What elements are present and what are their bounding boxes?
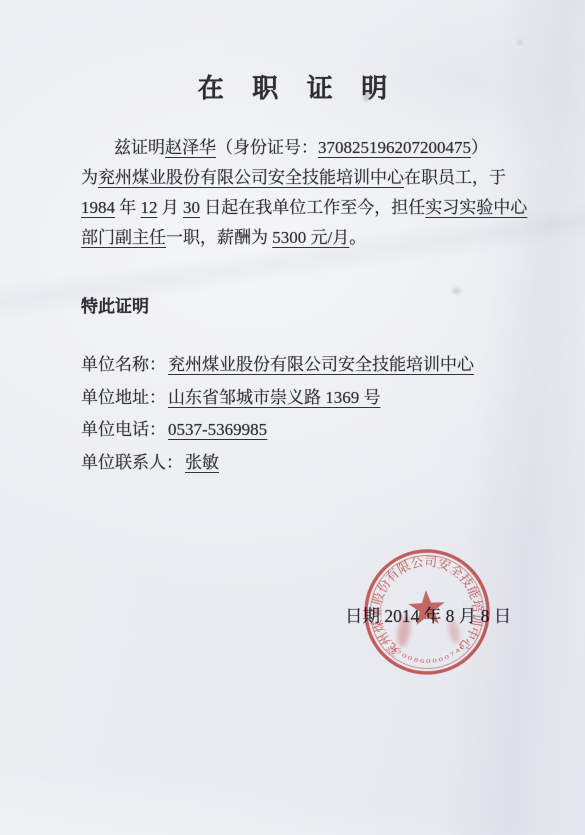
id-number: 370825196207200475 xyxy=(318,138,471,157)
start-day: 30 xyxy=(183,198,200,217)
certify-prefix: 兹证明 xyxy=(114,138,165,157)
unit-phone-value: 0537-5369985 xyxy=(168,420,267,439)
company-name: 兖州煤业股份有限公司安全技能培训中心 xyxy=(98,168,404,187)
unit-contact-label: 单位联系人： xyxy=(81,453,183,472)
issue-date: 日期 2014 年 8 月 8 日 xyxy=(345,603,511,628)
body-text: 年 xyxy=(115,198,141,217)
seal-serial-number: 3700860000748 xyxy=(390,642,469,667)
start-year: 1984 xyxy=(81,198,115,217)
body-line-4: 部门副主任一职，薪酬为 5300 元/月。 xyxy=(81,223,511,253)
salary: 5300 元/月 xyxy=(272,228,349,247)
body-text: 一职，薪酬为 xyxy=(166,228,272,247)
employee-name: 赵泽华 xyxy=(165,138,216,157)
unit-contact-line: 单位联系人：张敏 xyxy=(81,447,474,480)
unit-name-line: 单位名称：兖州煤业股份有限公司安全技能培训中心 xyxy=(81,349,474,382)
unit-phone-line: 单位电话：0537-5369985 xyxy=(81,414,474,447)
position-part1: 实习实验中心 xyxy=(425,198,527,217)
body-text: 为 xyxy=(81,168,98,187)
body-line-2: 为兖州煤业股份有限公司安全技能培训中心在职员工，于 xyxy=(81,163,511,193)
unit-address-value: 山东省邹城市崇义路 1369 号 xyxy=(168,388,381,407)
unit-name-label: 单位名称： xyxy=(81,355,166,374)
id-label-open: （身份证号： xyxy=(216,138,318,157)
body-text: 在职员工，于 xyxy=(404,168,506,187)
id-label-close: ） xyxy=(471,138,488,157)
paper-smudge xyxy=(452,288,461,294)
start-month: 12 xyxy=(141,198,158,217)
closing-statement: 特此证明 xyxy=(81,292,149,317)
unit-address-label: 单位地址： xyxy=(81,388,166,407)
position-part2: 部门副主任 xyxy=(81,228,166,247)
company-info-block: 单位名称：兖州煤业股份有限公司安全技能培训中心 单位地址：山东省邹城市崇义路 1… xyxy=(81,349,474,479)
body-line-3: 1984 年 12 月 30 日起在我单位工作至今，担任实习实验中心 xyxy=(81,193,511,223)
scanned-document-page: 在 职 证 明 兹证明赵泽华（身份证号：370825196207200475） … xyxy=(0,0,585,835)
body-text: 月 xyxy=(158,198,184,217)
body-text: 。 xyxy=(349,228,366,247)
unit-phone-label: 单位电话： xyxy=(81,420,166,439)
body-text: 日起在我单位工作至今，担任 xyxy=(200,198,425,217)
unit-name-value: 兖州煤业股份有限公司安全技能培训中心 xyxy=(168,355,474,374)
document-title: 在 职 证 明 xyxy=(0,68,585,105)
certificate-body: 兹证明赵泽华（身份证号：370825196207200475） 为兖州煤业股份有… xyxy=(81,133,511,253)
unit-address-line: 单位地址：山东省邹城市崇义路 1369 号 xyxy=(81,382,474,415)
paper-smudge xyxy=(517,40,523,45)
unit-contact-value: 张敏 xyxy=(185,453,219,472)
body-line-1: 兹证明赵泽华（身份证号：370825196207200475） xyxy=(81,133,511,163)
